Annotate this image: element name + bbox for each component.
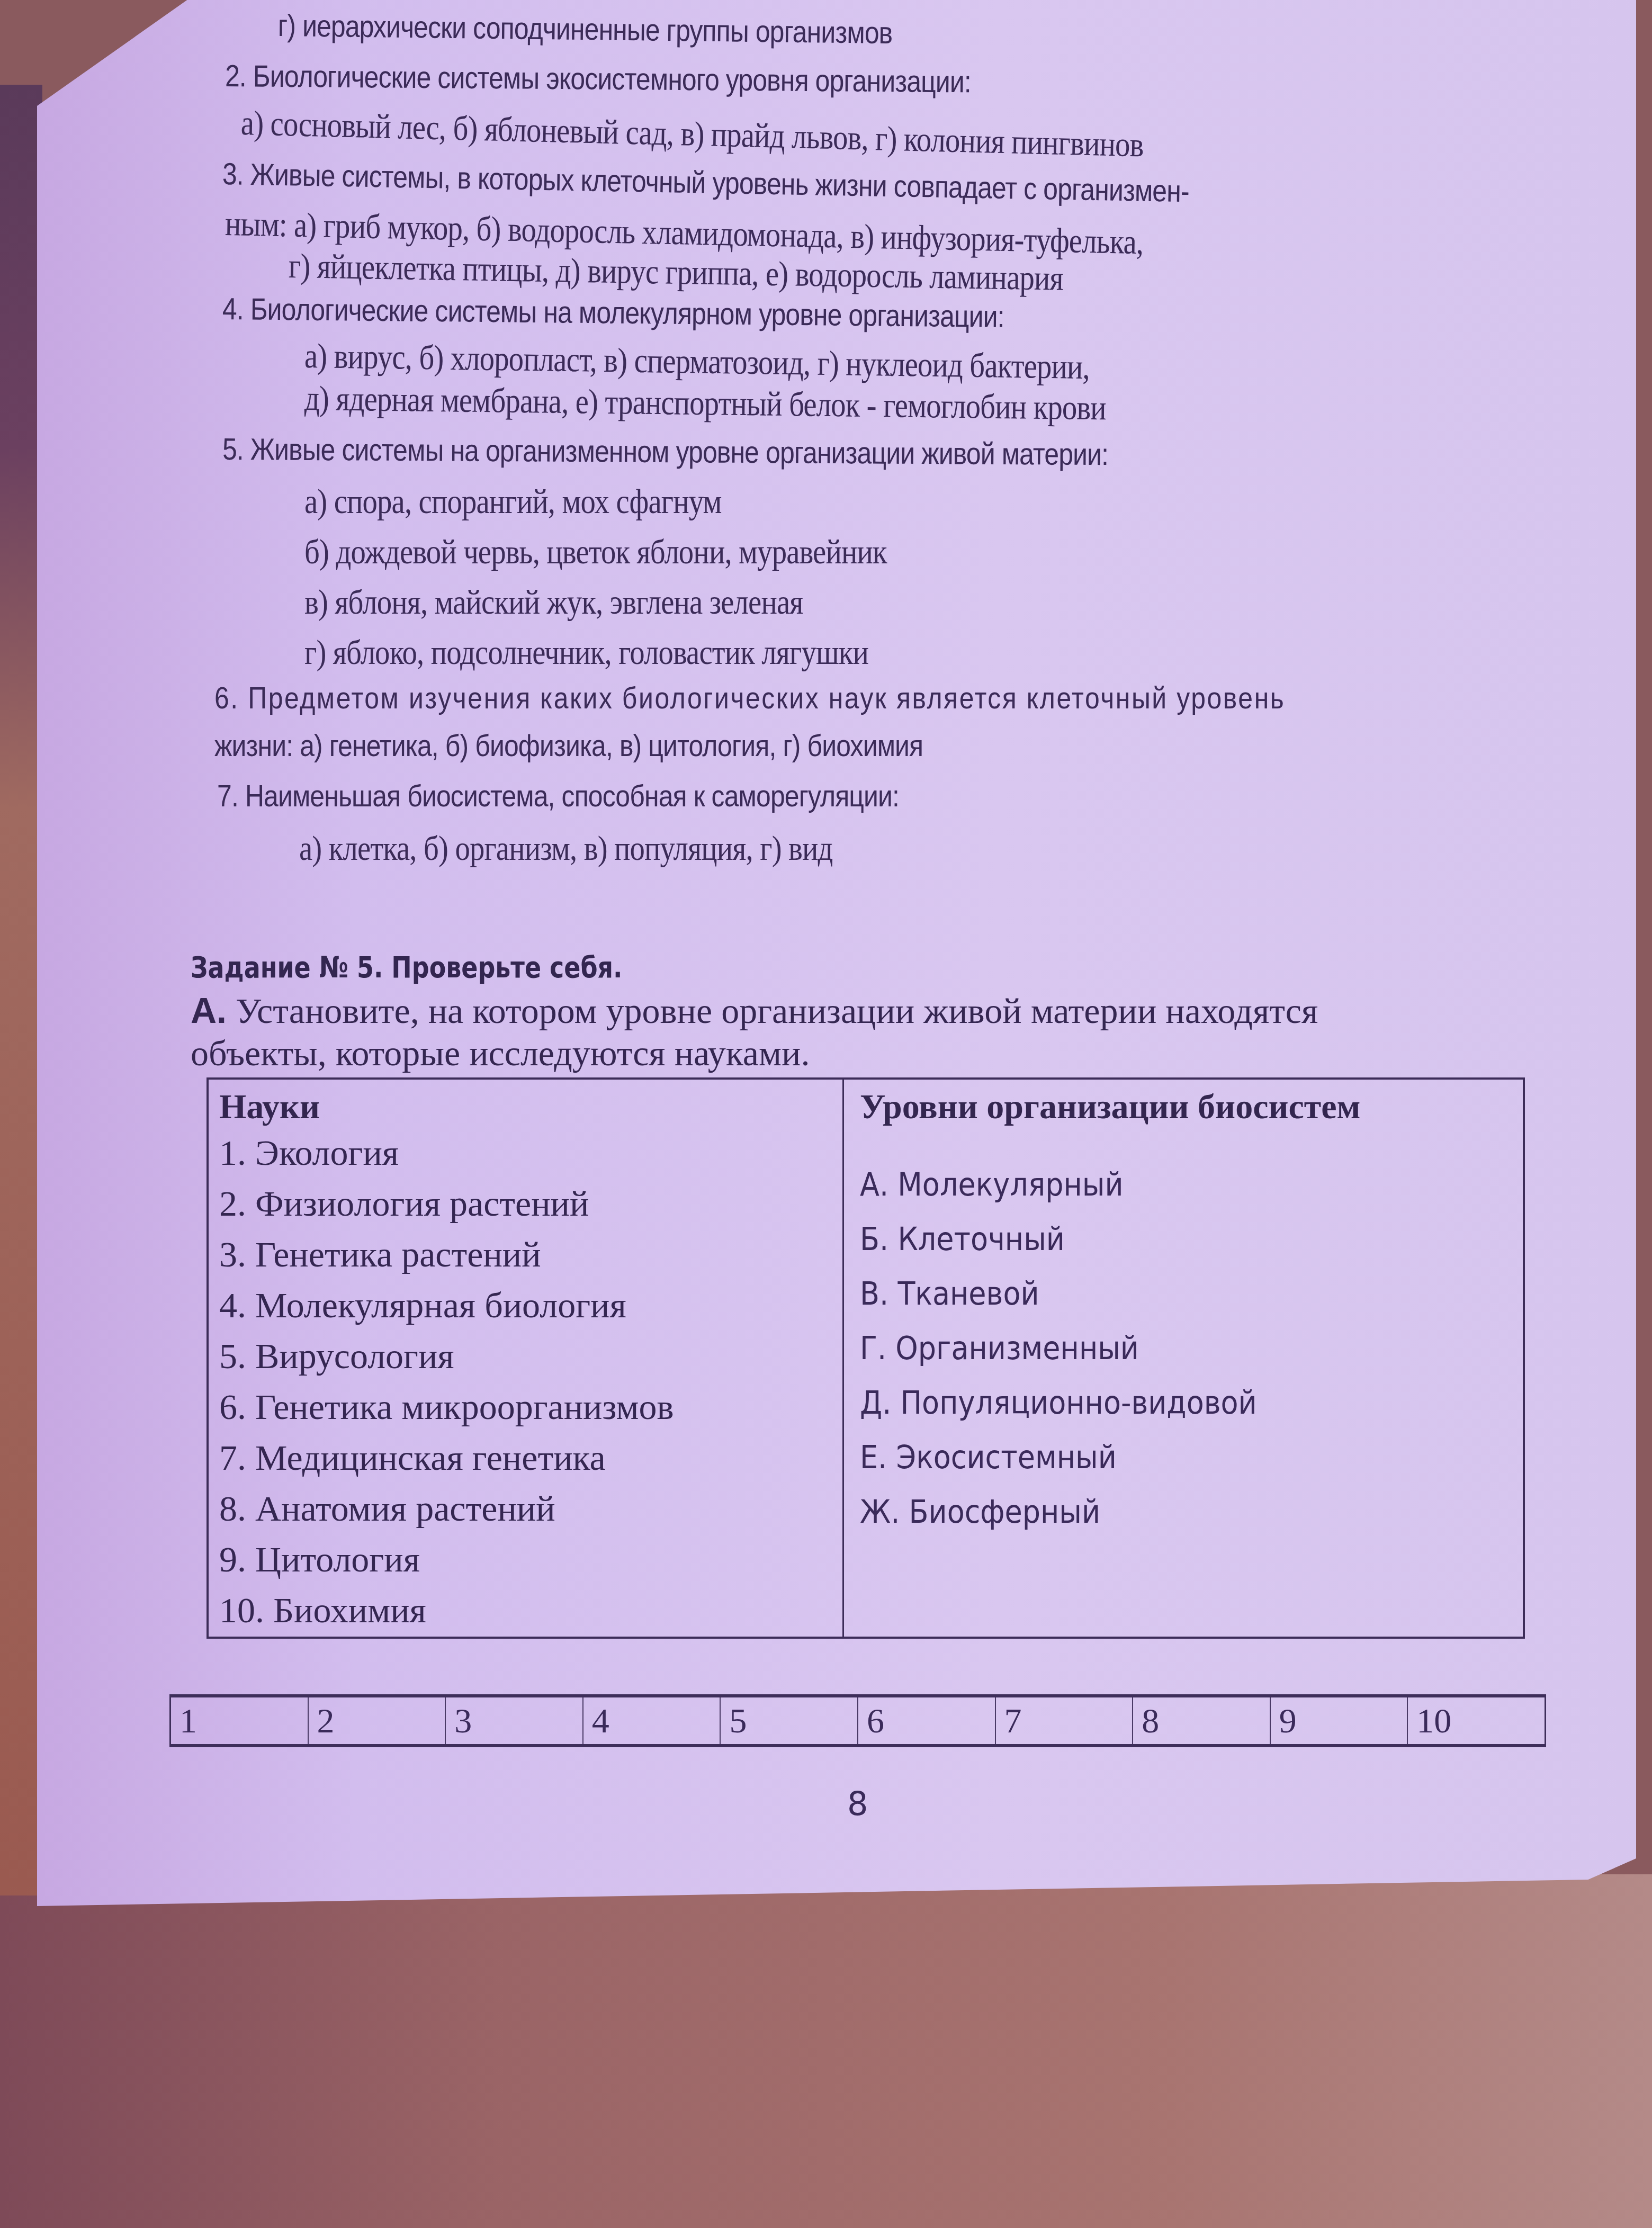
levels-header: Уровни организации биосистем <box>860 1087 1523 1127</box>
science-item: 10. Биохимия <box>219 1585 842 1636</box>
level-item: Б. Клеточный <box>860 1212 1457 1267</box>
question-title: 7. Наименьшая биосистема, способная к са… <box>217 781 1638 812</box>
page-number: 8 <box>847 1784 868 1823</box>
answer-cell[interactable]: 10 <box>1408 1697 1545 1744</box>
task-part-label: А. <box>191 991 227 1031</box>
answer-cell[interactable]: 6 <box>858 1697 996 1744</box>
answer-grid: 12345678910 <box>169 1694 1546 1747</box>
level-item: Е. Экосистемный <box>860 1431 1457 1485</box>
level-item: Ж. Биосферный <box>860 1485 1457 1540</box>
sciences-list: 1. Экология2. Физиология растений3. Гене… <box>219 1127 842 1636</box>
answer-cell[interactable]: 8 <box>1133 1697 1271 1744</box>
answer-cell[interactable]: 5 <box>721 1697 858 1744</box>
science-item: 4. Молекулярная биология <box>219 1280 842 1331</box>
question-option: г) яблоко, подсолнечник, головастик лягу… <box>304 635 1652 670</box>
level-item: А. Молекулярный <box>860 1158 1457 1212</box>
science-item: 1. Экология <box>219 1127 842 1178</box>
task-instruction-line1: Установите, на котором уровне организаци… <box>236 991 1318 1031</box>
science-item: 7. Медицинская генетика <box>219 1432 842 1483</box>
question-option: жизни: а) генетика, б) биофизика, в) цит… <box>214 731 1635 761</box>
book-edge <box>0 85 42 1895</box>
sciences-column: Науки 1. Экология2. Физиология растений3… <box>209 1080 844 1637</box>
question-option: в) яблоня, майский жук, эвглена зеленая <box>304 585 1652 620</box>
science-item: 3. Генетика растений <box>219 1229 842 1280</box>
question-option: а) спора, спорангий, мох сфагнум <box>304 484 1652 519</box>
levels-column: Уровни организации биосистем А. Молекуля… <box>844 1080 1523 1644</box>
answer-cell[interactable]: 7 <box>996 1697 1134 1744</box>
question-title: 6. Предметом изучения каких биологически… <box>214 683 1635 714</box>
question-option: а) клетка, б) организм, в) популяция, г)… <box>299 831 1652 866</box>
science-item: 5. Вирусология <box>219 1331 842 1381</box>
answer-cell[interactable]: 3 <box>446 1697 583 1744</box>
level-item: Г. Организменный <box>860 1322 1457 1376</box>
sciences-header: Науки <box>219 1087 842 1127</box>
science-item: 2. Физиология растений <box>219 1178 842 1229</box>
level-item: В. Тканевой <box>860 1267 1457 1322</box>
level-item: Д. Популяционно-видовой <box>860 1376 1457 1431</box>
desk-surface <box>0 1874 1652 2228</box>
answer-cell[interactable]: 9 <box>1271 1697 1408 1744</box>
levels-list: А. МолекулярныйБ. КлеточныйВ. ТканевойГ.… <box>860 1158 1523 1540</box>
answer-cell[interactable]: 1 <box>171 1697 309 1744</box>
science-item: 9. Цитология <box>219 1534 842 1585</box>
matching-table: Науки 1. Экология2. Физиология растений3… <box>206 1077 1525 1639</box>
task-instruction: А. Установите, на котором уровне организ… <box>191 993 1318 1029</box>
task-heading: Задание № 5. Проверьте себя. <box>191 950 622 985</box>
answer-cell[interactable]: 2 <box>309 1697 446 1744</box>
science-item: 6. Генетика микроорганизмов <box>219 1381 842 1432</box>
science-item: 8. Анатомия растений <box>219 1483 842 1534</box>
question-option: б) дождевой червь, цветок яблони, мураве… <box>304 535 1652 570</box>
answer-cell[interactable]: 4 <box>583 1697 721 1744</box>
task-instruction-line2: объекты, которые исследуются науками. <box>191 1035 810 1071</box>
